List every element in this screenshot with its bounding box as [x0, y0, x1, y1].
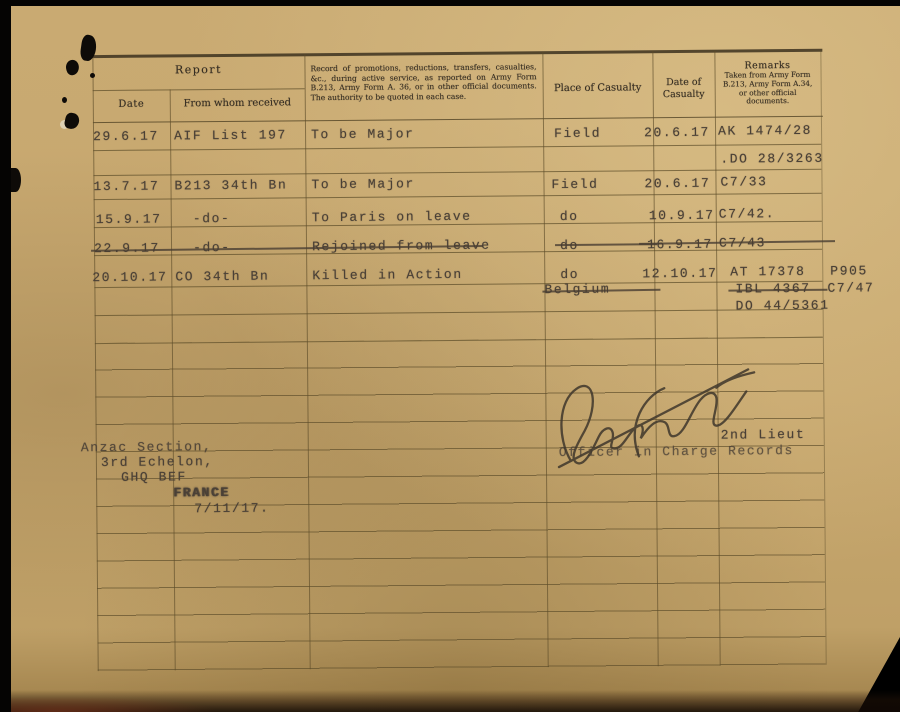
entry-casualty-date: 10.9.17: [649, 208, 715, 224]
row-line: [93, 144, 821, 151]
address-line: 3rd Echelon,: [101, 454, 214, 470]
header-col-date: Date: [93, 98, 170, 110]
report-underline: [93, 88, 305, 91]
entry-place: Field: [554, 126, 601, 141]
entry-remark: AK 1474/28: [718, 123, 812, 139]
entry-remark: .DO 28/3263: [720, 151, 824, 167]
entry-remark-margin: P905: [830, 263, 868, 278]
row-line: [94, 193, 822, 200]
entry-date: 20.10.17: [92, 269, 167, 285]
address-line: Anzac Section,: [81, 439, 213, 455]
entry-record: To be Major: [311, 126, 415, 142]
header-col-remarks-sub: Taken from Army Form B.213, Army Form A.…: [719, 71, 817, 107]
edge-tear: [10, 168, 21, 192]
entry-from: B213 34th Bn: [174, 177, 287, 193]
address-line: GHQ BEF: [121, 469, 187, 485]
header-report-group: Report: [92, 62, 304, 77]
entry-date: 29.6.17: [93, 129, 159, 145]
entry-from: AIF List 197: [174, 127, 287, 143]
entry-place: Field: [551, 177, 598, 192]
entry-record: To be Major: [311, 176, 415, 192]
entry-record: To Paris on leave: [312, 209, 472, 225]
entry-remark-margin: C7/47: [827, 280, 874, 295]
entry-casualty-date: 20.6.17: [644, 125, 710, 141]
entry-place: do: [560, 209, 579, 224]
row-line: [93, 169, 821, 176]
strikethrough-mark: [728, 289, 827, 292]
header-col-place: Place of Casualty: [543, 82, 653, 94]
entry-record: Killed in Action: [312, 267, 463, 283]
table-top-border: [92, 49, 822, 58]
entry-from: CO 34th Bn: [175, 269, 269, 285]
entry-place: do: [560, 267, 579, 282]
entry-remark: AT 17378: [730, 264, 805, 280]
address-line: FRANCE: [173, 485, 230, 500]
signature-handwriting: [548, 347, 779, 474]
address-line: 7/11/17.: [194, 501, 269, 517]
header-col-casualty-date: Date of Casualty: [658, 77, 710, 100]
scan-edge-top: [0, 0, 900, 6]
ink-dot: [62, 97, 67, 103]
entry-date: 15.9.17: [96, 212, 162, 228]
entry-remark: C7/33: [720, 174, 767, 189]
scanned-service-record: { "document": { "kind": "WWI casualty fo…: [0, 0, 900, 712]
entry-remark: C7/42.: [719, 206, 776, 221]
scan-edge-left: [0, 0, 11, 712]
row-line: [95, 309, 823, 316]
entry-date: 13.7.17: [93, 179, 159, 195]
header-col-from: From whom received: [170, 97, 305, 109]
entry-from: -do-: [193, 211, 231, 226]
entry-casualty-date: 20.6.17: [644, 176, 710, 192]
entry-casualty-date: 12.10.17: [642, 266, 717, 282]
form-content: Report Date From whom received Record of…: [0, 0, 900, 712]
entry-remark: DO 44/5361: [736, 298, 830, 314]
header-bottom-line: [93, 116, 823, 123]
ink-dot: [90, 73, 95, 78]
header-col-record: Record of promotions, reductions, transf…: [310, 62, 536, 102]
